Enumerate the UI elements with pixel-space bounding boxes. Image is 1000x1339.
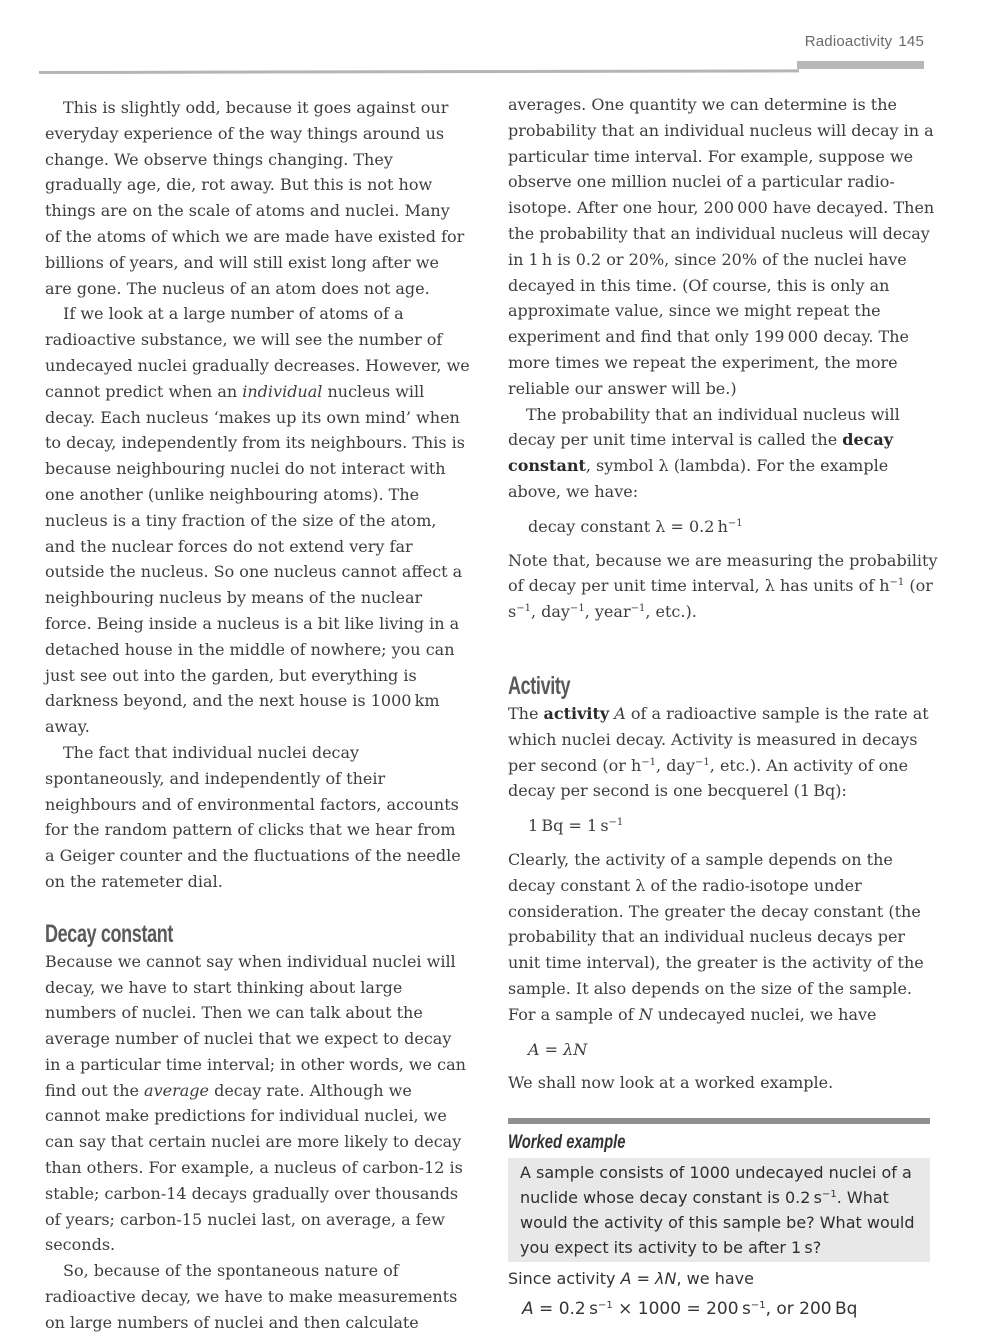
worked-example-question: A sample consists of 1000 undecayed nucl… — [508, 1158, 930, 1262]
emphasis: average — [144, 1081, 209, 1100]
paragraph: averages. One quantity we can determine … — [508, 92, 938, 402]
section-heading-activity: Activity — [508, 671, 818, 701]
section-heading-decay-constant: Decay constant — [45, 919, 351, 949]
paragraph: If we look at a large number of atoms of… — [45, 301, 470, 740]
page-number: 145 — [898, 33, 924, 50]
header-rule — [39, 69, 799, 74]
worked-example-title: Worked example — [508, 1130, 843, 1156]
answer-calculation: A = 0.2 s−1 × 1000 = 200 s−1, or 200 Bq — [508, 1297, 938, 1322]
paragraph: The probability that an individual nucle… — [508, 402, 938, 505]
equation-becquerel: 1 Bq = 1 s−1 — [508, 813, 938, 839]
left-column: This is slightly odd, because it goes ag… — [45, 95, 470, 1336]
header-rule-accent — [797, 61, 924, 69]
paragraph: So, because of the spontaneous nature of… — [45, 1258, 470, 1335]
paragraph: Clearly, the activity of a sample depend… — [508, 847, 938, 1028]
worked-example-rule — [508, 1118, 930, 1124]
section-title: Radioactivity — [805, 33, 893, 50]
running-head: Radioactivity145 — [805, 33, 924, 50]
term-activity: activity — [544, 704, 610, 723]
equation-decay-constant: decay constant λ = 0.2 h−1 — [508, 514, 938, 540]
answer-line: Since activity A = λN, we have — [508, 1266, 938, 1291]
paragraph: The activity A of a radioactive sample i… — [508, 701, 938, 804]
paragraph: Because we cannot say when individual nu… — [45, 949, 470, 1259]
emphasis: individual — [242, 382, 322, 401]
paragraph: Note that, because we are measuring the … — [508, 548, 938, 625]
paragraph: We shall now look at a worked example. — [508, 1070, 938, 1096]
worked-example-answer: Since activity A = λN, we have A = 0.2 s… — [508, 1266, 938, 1322]
equation-activity: A = λN — [508, 1037, 938, 1063]
paragraph: The fact that individual nuclei decay sp… — [45, 740, 470, 895]
right-column: averages. One quantity we can determine … — [508, 92, 938, 1322]
paragraph: This is slightly odd, because it goes ag… — [45, 95, 470, 301]
